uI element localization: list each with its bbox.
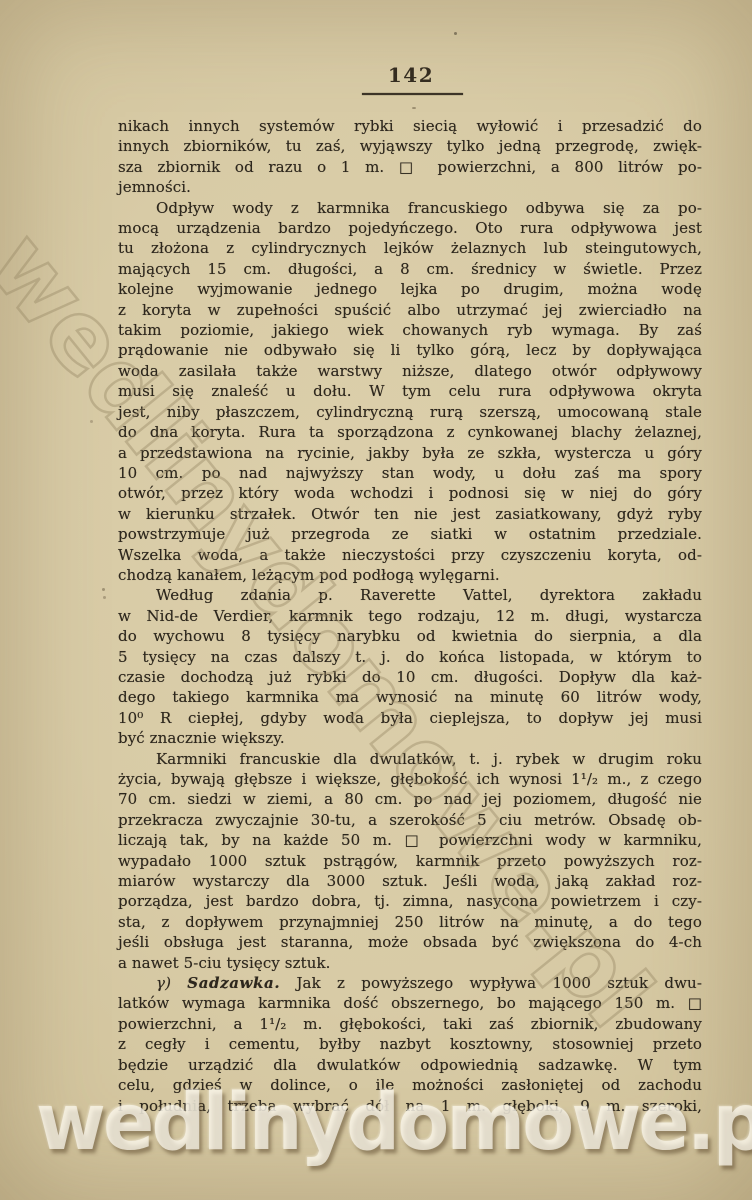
text-line: a nawet 5-ciu tysięcy sztuk.	[118, 953, 702, 973]
text-line: sta, z dopływem przynajmniej 250 litrów …	[118, 912, 702, 932]
text-line: liczają tak, by na każde 50 m. □ powierz…	[118, 830, 702, 850]
text-line: powierzchni, a 1¹/₂ m. głębokości, taki …	[118, 1014, 702, 1034]
text-line: woda zasilała także warstwy niższe, dlat…	[118, 361, 702, 381]
text-line: miarów wystarczy dla 3000 sztuk. Jeśli w…	[118, 871, 702, 891]
text-line: latków wymaga karmnika dość obszernego, …	[118, 993, 702, 1013]
text-line: kolejne wyjmowanie jednego lejka po drug…	[118, 279, 702, 299]
text-line: 10 cm. po nad najwyższy stan wody, u doł…	[118, 463, 702, 483]
scan-speckle	[454, 32, 457, 35]
text-line: 5 tysięcy na czas dalszy t. j. do końca …	[118, 647, 702, 667]
text-line: mających 15 cm. długości, a 8 cm. średni…	[118, 259, 702, 279]
text-line: Odpływ wody z karmnika francuskiego odby…	[118, 198, 702, 218]
text-line: być znacznie większy.	[118, 728, 702, 748]
scan-speckle	[412, 107, 416, 109]
text-line: 10⁰ R ciepłej, gdyby woda była cieplejsz…	[118, 708, 702, 728]
text-line: w kierunku strzałek. Otwór ten nie jest …	[118, 504, 702, 524]
text-line: w Nid-de Verdier, karmnik tego rodzaju, …	[118, 606, 702, 626]
text-line: do dna koryta. Rura ta sporządzona z cyn…	[118, 422, 702, 442]
text-line: otwór, przez który woda wchodzi i podnos…	[118, 483, 702, 503]
text-line: z koryta w zupełności spuścić albo utrzy…	[118, 300, 702, 320]
text-block: nikach innych systemów rybki siecią wyło…	[118, 116, 702, 1116]
text-line: γ) Sadzawka. Jak z powyższego wypływa 10…	[118, 973, 702, 993]
text-line: Karmniki francuskie dla dwulatków, t. j.…	[118, 749, 702, 769]
text-line: a przedstawiona na rycinie, jakby była z…	[118, 443, 702, 463]
text-line: tu złożona z cylindrycznych lejków żelaz…	[118, 238, 702, 258]
text-line: życia, bywają głębsze i większe, głęboko…	[118, 769, 702, 789]
text-line: z cegły i cementu, byłby nazbyt kosztown…	[118, 1034, 702, 1054]
text-line: celu, gdzieś w dolince, o ile możności z…	[118, 1075, 702, 1095]
text-line: dego takiego karmnika ma wynosić na minu…	[118, 687, 702, 707]
scan-speckle	[90, 420, 93, 423]
text-line: takim poziomie, jakiego wiek chowanych r…	[118, 320, 702, 340]
page-number: 142	[388, 63, 434, 87]
text-line: chodzą kanałem, leżącym pod podłogą wylę…	[118, 565, 702, 585]
text-line: powstrzymuje już przegroda ze siatki w o…	[118, 524, 702, 544]
scan-speckle	[103, 596, 106, 599]
text-line: jeśli obsługa jest staranna, może obsada…	[118, 932, 702, 952]
text-line: innych zbiorników, tu zaś, wyjąwszy tylk…	[118, 136, 702, 156]
page-number-rule	[362, 93, 463, 95]
text-line: czasie dochodzą już rybki do 10 cm. dług…	[118, 667, 702, 687]
text-line: jest, niby płaszczem, cylindryczną rurą …	[118, 402, 702, 422]
text-line: prądowanie nie odbywało się li tylko gór…	[118, 340, 702, 360]
text-line: musi się znaleść u dołu. W tym celu rura…	[118, 381, 702, 401]
text-line: będzie urządzić dla dwulatków odpowiedni…	[118, 1055, 702, 1075]
text-line: Według zdania p. Raverette Vattel, dyrek…	[118, 585, 702, 605]
text-line: mocą urządzenia bardzo pojedyńczego. Oto…	[118, 218, 702, 238]
text-line: przekracza zwyczajnie 30-tu, a szerokość…	[118, 810, 702, 830]
text-line: i południa, trzeba wybrać dół na 1 m. gł…	[118, 1096, 702, 1116]
text-line: do wychowu 8 tysięcy narybku od kwietnia…	[118, 626, 702, 646]
text-line: porządza, jest bardzo dobra, tj. zimna, …	[118, 891, 702, 911]
text-line: jemności.	[118, 177, 702, 197]
scan-speckle	[102, 588, 105, 591]
scanned-book-page: 142 nikach innych systemów rybki siecią …	[0, 0, 752, 1200]
text-line: nikach innych systemów rybki siecią wyło…	[118, 116, 702, 136]
text-line: wypadało 1000 sztuk pstrągów, karmnik pr…	[118, 851, 702, 871]
text-line: Wszelka woda, a także nieczystości przy …	[118, 545, 702, 565]
text-line: 70 cm. siedzi w ziemi, a 80 cm. po nad j…	[118, 789, 702, 809]
text-line: sza zbiornik od razu o 1 m. □ powierzchn…	[118, 157, 702, 177]
